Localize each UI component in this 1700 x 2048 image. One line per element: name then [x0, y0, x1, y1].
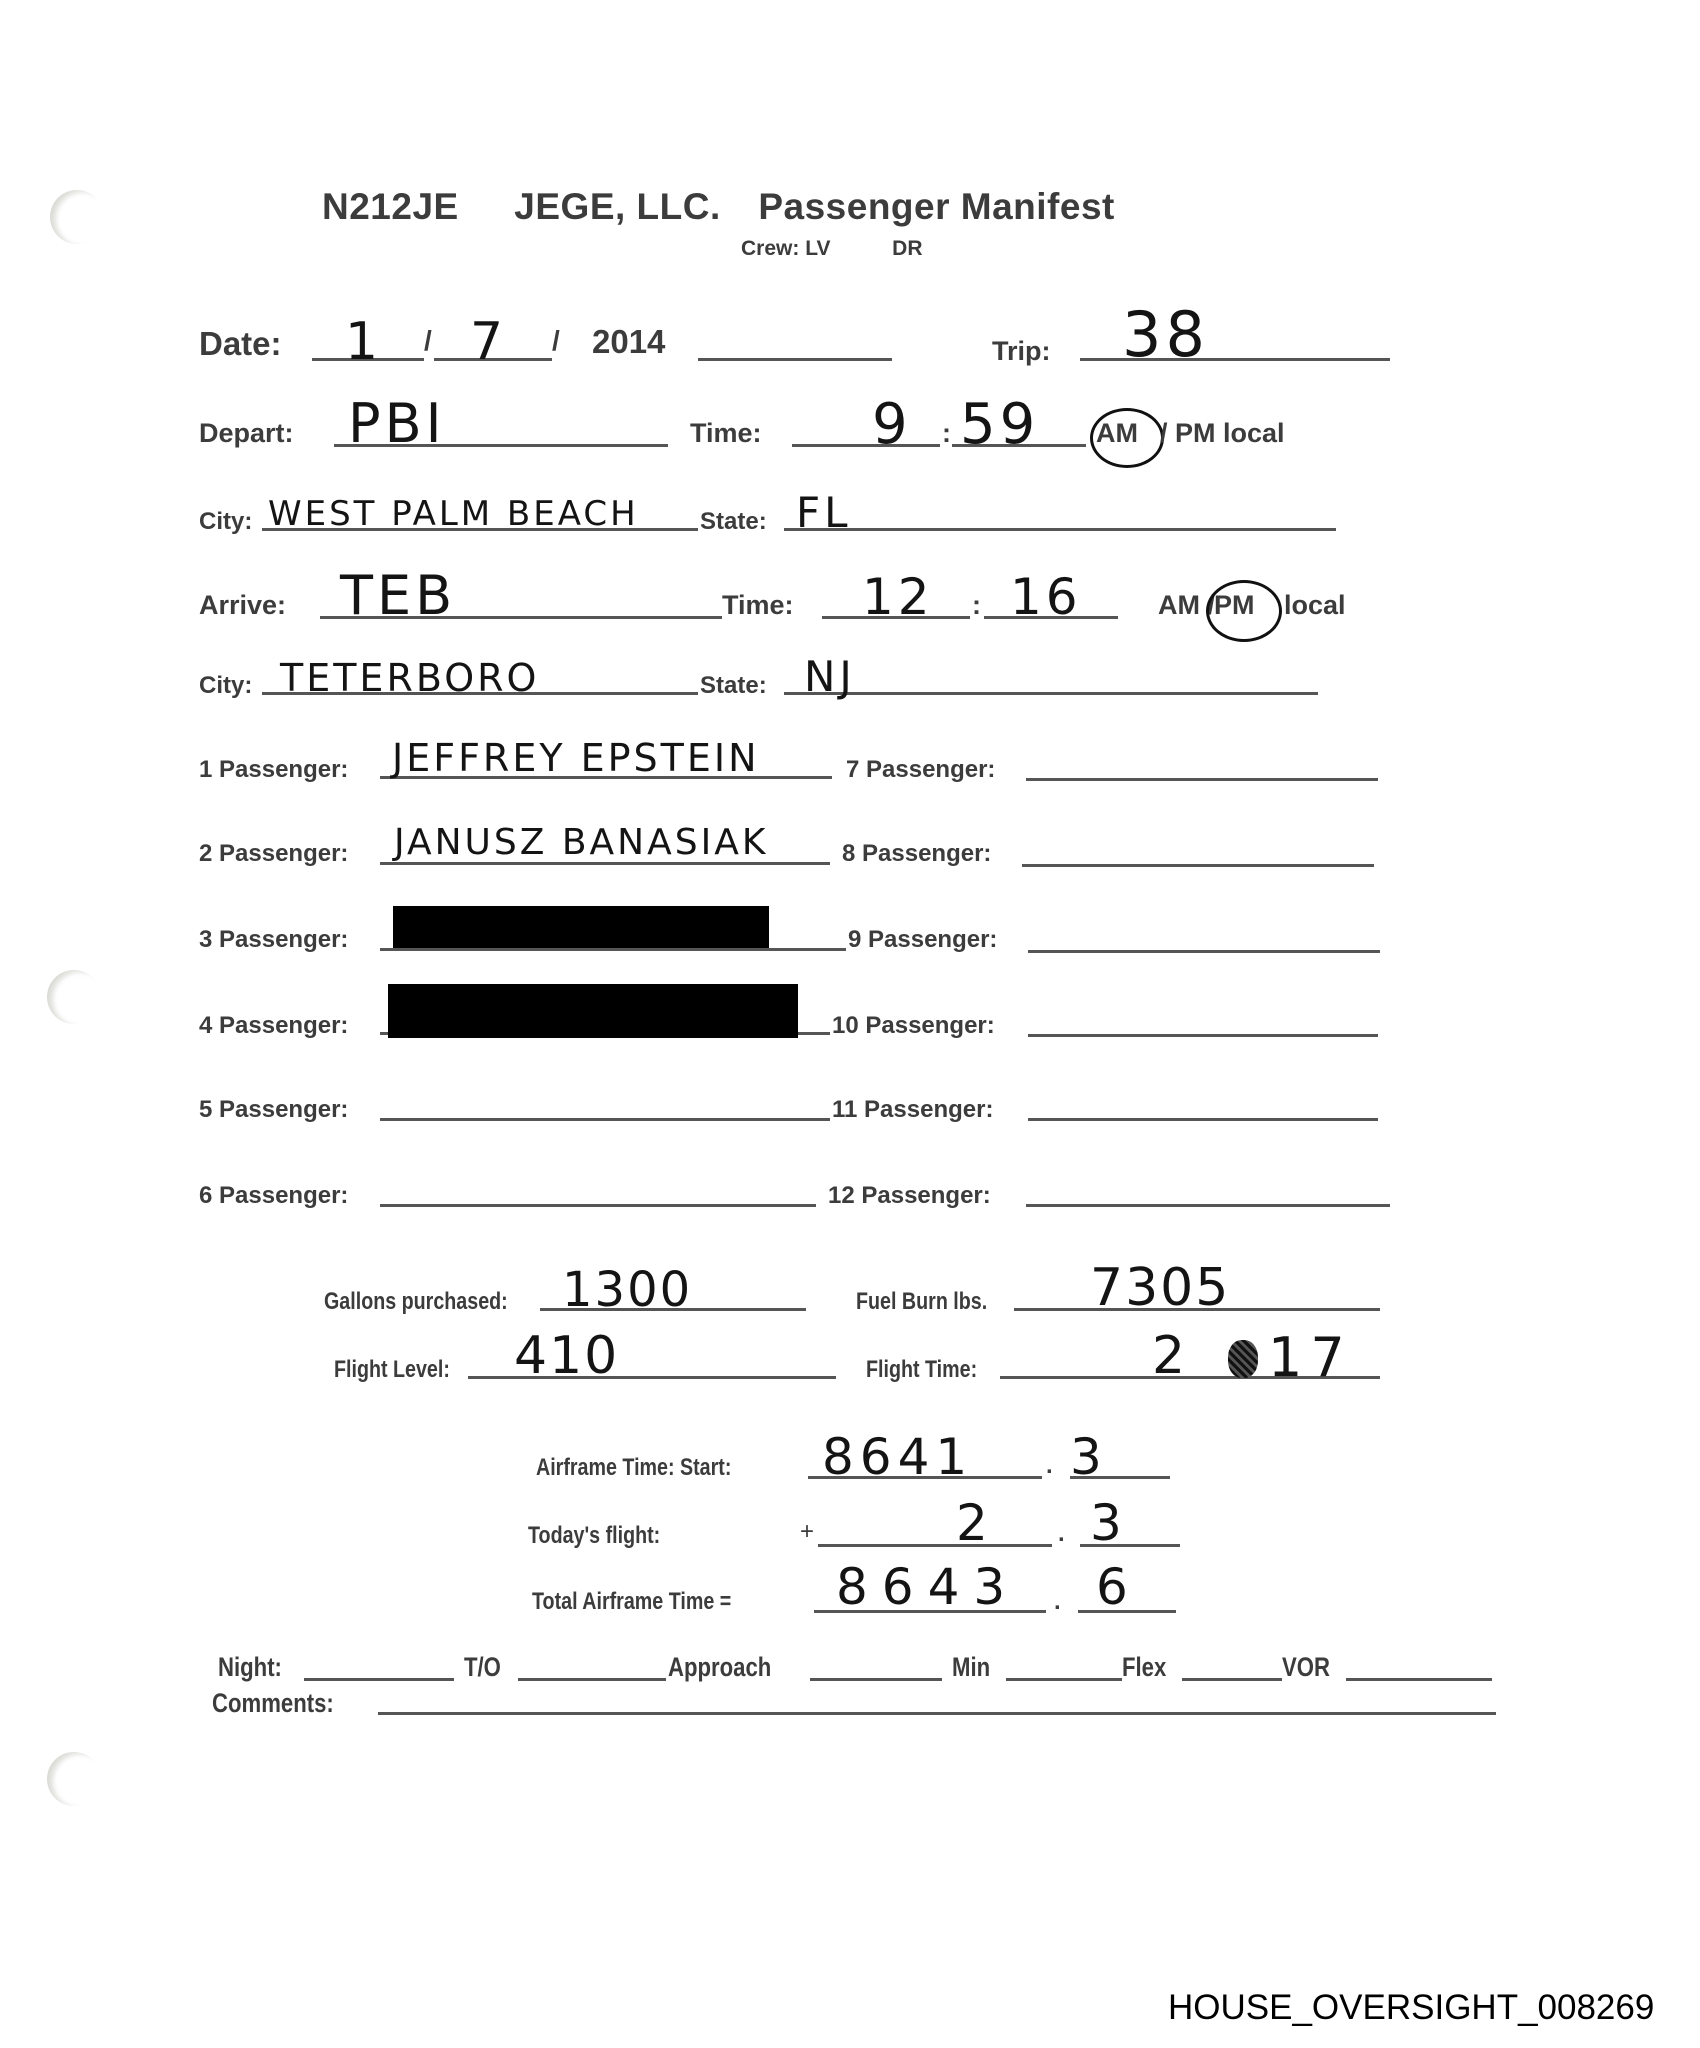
takeoff-line [518, 1678, 666, 1681]
todays-flight-plus: + [800, 1518, 814, 1546]
gallons-purchased-value[interactable]: 1300 [562, 1262, 692, 1318]
flight-time-hours[interactable]: 2 [1152, 1326, 1189, 1386]
total-airframe-whole[interactable]: 8643 [836, 1558, 1019, 1616]
depart-time-label: Time: [690, 418, 762, 449]
arrive-state-value[interactable]: NJ [804, 652, 856, 701]
airframe-start-label: Airframe Time: Start: [536, 1454, 731, 1482]
flight-time-scribble [1228, 1340, 1258, 1378]
todays-flight-whole-line [818, 1544, 1052, 1547]
crew-member-1: LV [805, 237, 830, 260]
passenger-10-label: 10 Passenger: [832, 1012, 995, 1040]
hole-punch-bottom [47, 1752, 101, 1806]
depart-city-value[interactable]: WEST PALM BEACH [268, 494, 639, 534]
passenger-4-redaction [388, 984, 798, 1038]
passenger-8-label: 8 Passenger: [842, 840, 991, 868]
takeoff-label: T/O [464, 1652, 501, 1683]
passenger-9-line [1028, 950, 1380, 953]
passenger-1-label: 1 Passenger: [199, 756, 348, 784]
arrive-label: Arrive: [199, 590, 286, 621]
passenger-5-label: 5 Passenger: [199, 1096, 348, 1124]
passenger-7-label: 7 Passenger: [846, 756, 995, 784]
airframe-start-tenth[interactable]: 3 [1070, 1428, 1106, 1486]
todays-flight-whole[interactable]: 2 [956, 1494, 992, 1552]
fuel-burn-label: Fuel Burn lbs. [856, 1288, 987, 1316]
arrive-pm-option[interactable]: PM [1214, 590, 1255, 621]
depart-city-label: City: [199, 508, 252, 536]
arrive-state-label: State: [700, 672, 767, 700]
comments-label: Comments: [212, 1688, 334, 1719]
depart-minute-value[interactable]: 59 [960, 392, 1039, 457]
airframe-start-dot: . [1046, 1452, 1053, 1480]
passenger-3-redaction [393, 906, 769, 948]
flex-label: Flex [1122, 1652, 1166, 1683]
depart-airport-value[interactable]: PBI [348, 392, 446, 455]
night-line [304, 1678, 454, 1681]
arrive-local-label: local [1284, 590, 1346, 621]
todays-flight-tenth[interactable]: 3 [1090, 1494, 1126, 1552]
airframe-start-whole[interactable]: 8641 [822, 1428, 973, 1486]
header-title: N212JE JEGE, LLC. Passenger Manifest [322, 186, 1115, 228]
passenger-2-name[interactable]: JANUSZ BANASIAK [394, 822, 768, 863]
arrive-time-label: Time: [722, 590, 794, 621]
approach-label: Approach [668, 1652, 771, 1683]
depart-hour-line [792, 444, 940, 447]
passenger-6-label: 6 Passenger: [199, 1182, 348, 1210]
vor-label: VOR [1282, 1652, 1330, 1683]
hole-punch-middle [47, 970, 101, 1024]
date-sep-1: / [424, 325, 432, 357]
date-month-value[interactable]: 1 [345, 312, 382, 372]
min-label: Min [952, 1652, 990, 1683]
night-label: Night: [218, 1652, 282, 1683]
depart-state-value[interactable]: FL [796, 488, 852, 537]
form-title: Passenger Manifest [758, 186, 1115, 227]
arrive-time-colon: : [972, 590, 981, 621]
depart-am-option[interactable]: AM [1096, 418, 1138, 449]
arrive-airport-value[interactable]: TEB [340, 564, 456, 627]
passenger-1-name[interactable]: JEFFREY EPSTEIN [392, 736, 760, 780]
date-year: 2014 [592, 323, 665, 361]
company-name: JEGE, LLC. [514, 186, 720, 227]
arrive-minute-value[interactable]: 16 [1010, 568, 1082, 626]
passenger-10-line [1028, 1034, 1378, 1037]
trip-value[interactable]: 38 [1122, 298, 1209, 371]
min-line [1006, 1678, 1122, 1681]
passenger-9-label: 9 Passenger: [848, 926, 997, 954]
crew-line: Crew: LV DR [741, 237, 923, 261]
bates-number: HOUSE_OVERSIGHT_008269 [1168, 1988, 1654, 2028]
passenger-4-label: 4 Passenger: [199, 1012, 348, 1040]
depart-state-label: State: [700, 508, 767, 536]
fuel-burn-value[interactable]: 7305 [1090, 1258, 1230, 1318]
depart-state-line [784, 528, 1336, 531]
tail-number: N212JE [322, 186, 459, 227]
approach-line [810, 1678, 942, 1681]
total-airframe-tenth[interactable]: 6 [1096, 1558, 1132, 1616]
gallons-purchased-label: Gallons purchased: [324, 1288, 508, 1316]
arrive-city-value[interactable]: TETERBORO [280, 656, 539, 700]
passenger-8-line [1022, 864, 1374, 867]
flight-level-value[interactable]: 410 [514, 1326, 619, 1386]
arrive-state-line [784, 692, 1318, 695]
todays-flight-dot: . [1058, 1520, 1065, 1548]
passenger-7-line [1026, 778, 1378, 781]
passenger-2-label: 2 Passenger: [199, 840, 348, 868]
vor-line [1346, 1678, 1492, 1681]
passenger-11-label: 11 Passenger: [832, 1096, 993, 1124]
passenger-3-label: 3 Passenger: [199, 926, 348, 954]
depart-pm-option[interactable]: / PM local [1160, 418, 1285, 449]
flight-time-label: Flight Time: [866, 1356, 977, 1384]
passenger-5-line [380, 1118, 830, 1121]
flight-time-minutes[interactable]: 17 [1268, 1326, 1353, 1389]
passenger-3-line [380, 948, 846, 951]
crew-label: Crew: [741, 237, 799, 260]
arrive-hour-value[interactable]: 12 [862, 568, 934, 626]
crew-member-2: DR [892, 237, 922, 260]
passenger-12-label: 12 Passenger: [828, 1182, 991, 1210]
todays-flight-label: Today's flight: [528, 1522, 660, 1550]
passenger-12-line [1026, 1204, 1390, 1207]
depart-hour-value[interactable]: 9 [872, 392, 912, 457]
date-label: Date: [199, 325, 282, 363]
flight-level-label: Flight Level: [334, 1356, 450, 1384]
trip-label: Trip: [992, 336, 1051, 367]
total-airframe-dot: . [1054, 1588, 1061, 1616]
arrive-city-label: City: [199, 672, 252, 700]
passenger-11-line [1028, 1118, 1378, 1121]
hole-punch-top [50, 190, 104, 244]
date-year-line [698, 358, 892, 361]
comments-line [378, 1712, 1496, 1715]
passenger-6-line [380, 1204, 816, 1207]
date-day-value[interactable]: 7 [470, 312, 507, 372]
date-sep-2: / [552, 325, 560, 357]
depart-time-colon: : [942, 418, 951, 449]
flex-line [1182, 1678, 1282, 1681]
total-airframe-label: Total Airframe Time = [532, 1588, 731, 1616]
depart-label: Depart: [199, 418, 294, 449]
